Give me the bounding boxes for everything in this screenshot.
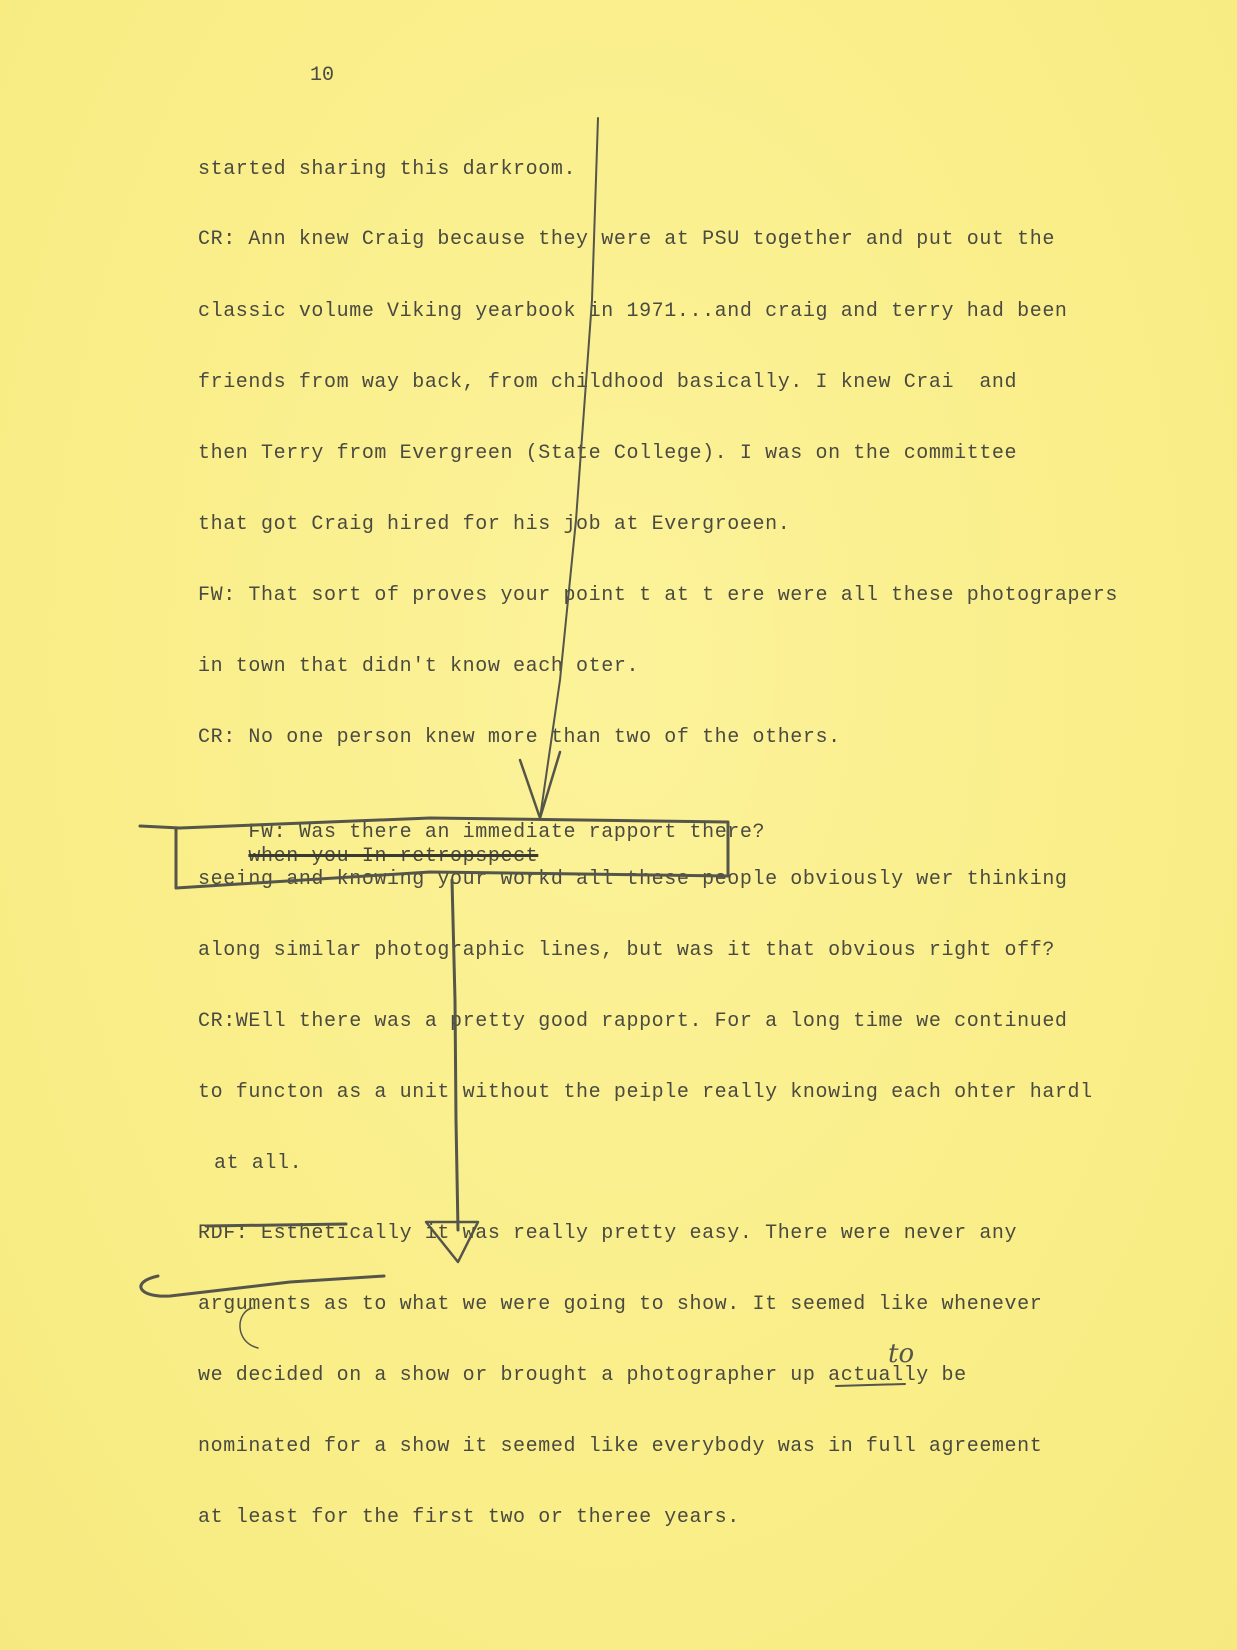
text-line: friends from way back, from childhood ba… [198,371,1017,395]
text-line: seeing and knowing your workd all these … [198,868,1068,892]
underlined-line: at all. [214,1152,302,1176]
text-line: FW: That sort of proves your point t at … [198,584,1118,608]
arrow-down-line [540,118,598,818]
typed-page: 10 started sharing this darkroom. CR: An… [0,0,1237,1650]
struck-text: when you In retropspect [248,845,538,868]
text-line: along similar photographic lines, but wa… [198,939,1055,963]
text-line: in town that didn't know each oter. [198,655,639,679]
text-line: RDF: Esthetically it was really pretty e… [198,1222,1017,1246]
text-line: started sharing this darkroom. [198,158,576,182]
text-line: at least for the first two or theree yea… [198,1506,740,1530]
text-line: to functon as a unit without the peiple … [198,1081,1093,1105]
text-line: CR:WEll there was a pretty good rapport.… [198,1010,1068,1034]
text-line: CR: No one person knew more than two of … [198,726,841,750]
arrow-down-line-2 [452,880,458,1230]
text-line: classic volume Viking yearbook in 1971..… [198,300,1068,324]
page-number: 10 [310,64,334,87]
text-line: we decided on a show or brought a photog… [198,1364,967,1388]
question-text: FW: Was there an immediate rapport there… [248,821,765,844]
text-line: then Terry from Evergreen (State College… [198,442,1017,466]
text-line: arguments as to what we were going to sh… [198,1293,1042,1317]
text-line: that got Craig hired for his job at Ever… [198,513,790,537]
text-line: CR: Ann knew Craig because they were at … [198,228,1055,252]
text-line: nominated for a show it seemed like ever… [198,1435,1042,1459]
